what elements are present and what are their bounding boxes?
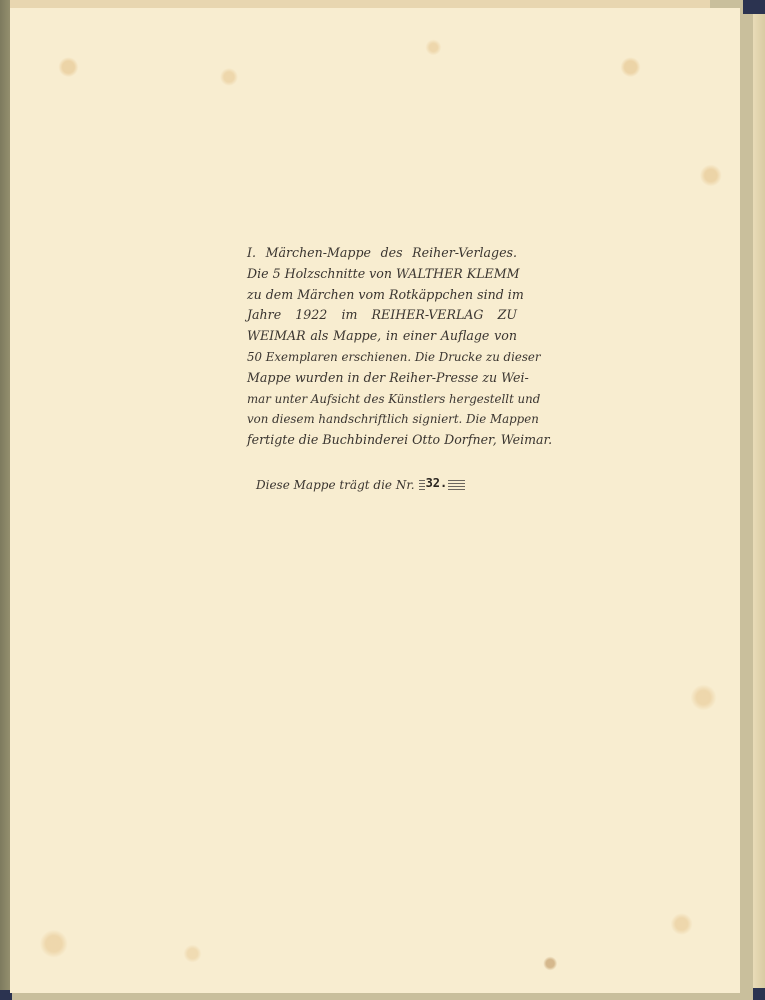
portfolio-board: I. Märchen-Mappe des Reiher-Verlages. Di… xyxy=(0,0,765,1000)
cover-corner-top-right xyxy=(743,0,765,14)
colophon-line: 50 Exemplaren erschienen. Die Drucke zu … xyxy=(247,347,517,368)
right-paper-edge xyxy=(753,8,765,993)
edition-number-field: 32. xyxy=(419,480,465,491)
colophon-line: Die 5 Holzschnitte von WALTHER KLEMM xyxy=(247,264,517,285)
colophon-line: Mappe wurden in der Reiher-Presse zu Wei… xyxy=(247,368,517,389)
edition-number-line: Diese Mappe trägt die Nr. 32. xyxy=(256,478,486,492)
colophon-line: I. Märchen-Mappe des Reiher-Verlages. xyxy=(247,243,517,264)
colophon-line: zu dem Märchen vom Rotkäppchen sind im xyxy=(247,285,517,306)
colophon-line: mar unter Aufsicht des Künstlers hergest… xyxy=(247,389,517,410)
colophon-text: I. Märchen-Mappe des Reiher-Verlages. Di… xyxy=(247,243,517,451)
cover-corner-bottom-right xyxy=(753,988,765,1000)
left-cover-edge xyxy=(0,0,10,1000)
colophon-line: fertigte die Buchbinderei Otto Dorfner, … xyxy=(247,430,517,451)
edition-number-value: 32. xyxy=(425,476,449,490)
colophon-line: WEIMAR als Mappe, in einer Auflage von xyxy=(247,326,517,347)
colophon-line: von diesem handschriftlich signiert. Die… xyxy=(247,409,517,430)
colophon-line: Jahre 1922 im REIHER-VERLAG ZU xyxy=(247,305,517,326)
edition-number-label: Diese Mappe trägt die Nr. xyxy=(256,478,415,492)
colophon-page xyxy=(10,8,740,993)
top-paper-edge xyxy=(10,0,710,8)
